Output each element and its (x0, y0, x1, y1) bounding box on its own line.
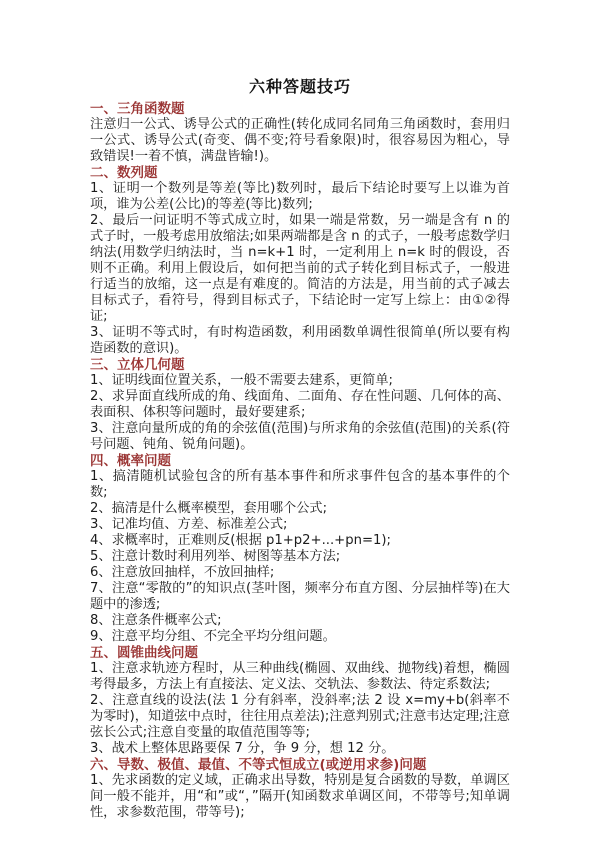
section-heading: 五、圆锥曲线问题 (90, 645, 510, 661)
section-heading: 三、立体几何题 (90, 357, 510, 373)
paragraph: 7、注意“零散的”的知识点(茎叶图，频率分布直方图、分层抽样等)在大题中的渗透; (90, 581, 510, 613)
paragraph: 1、先求函数的定义域，正确求出导数，特别是复合函数的导数，单调区间一般不能并，用… (90, 773, 510, 821)
paragraph: 1、证明一个数列是等差(等比)数列时，最后下结论时要写上以谁为首项，谁为公差(公… (90, 181, 510, 213)
page-title: 六种答题技巧 (90, 76, 510, 98)
paragraph: 6、注意放回抽样，不放回抽样; (90, 565, 510, 581)
paragraph: 1、证明线面位置关系，一般不需要去建系，更简单; (90, 373, 510, 389)
paragraph: 3、证明不等式时，有时构造函数，利用函数单调性很简单(所以要有构造函数的意识)。 (90, 325, 510, 357)
paragraph: 8、注意条件概率公式; (90, 613, 510, 629)
paragraph: 3、记准均值、方差、标准差公式; (90, 517, 510, 533)
paragraph: 4、求概率时，正难则反(根据 p1+p2+...+pn=1); (90, 533, 510, 549)
paragraph: 2、搞清是什么概率模型，套用哪个公式; (90, 501, 510, 517)
paragraph: 9、注意平均分组、不完全平均分组问题。 (90, 629, 510, 645)
paragraph: 2、最后一问证明不等式成立时，如果一端是常数，另一端是含有 n 的式子时，一般考… (90, 213, 510, 325)
paragraph: 注意归一公式、诱导公式的正确性(转化成同名同角三角函数时，套用归一公式、诱导公式… (90, 117, 510, 165)
paragraph: 3、战术上整体思路要保 7 分，争 9 分，想 12 分。 (90, 741, 510, 757)
paragraph: 3、注意向量所成的角的余弦值(范围)与所求角的余弦值(范围)的关系(符号问题、钝… (90, 421, 510, 453)
paragraph: 1、注意求轨迹方程时，从三种曲线(椭圆、双曲线、抛物线)着想，椭圆考得最多，方法… (90, 661, 510, 693)
paragraph: 1、搞清随机试验包含的所有基本事件和所求事件包含的基本事件的个数; (90, 469, 510, 501)
section-heading: 四、概率问题 (90, 453, 510, 469)
section-heading: 一、三角函数题 (90, 101, 510, 117)
paragraph: 5、注意计数时利用列举、树图等基本方法; (90, 549, 510, 565)
paragraph: 2、注意直线的设法(法 1 分有斜率，没斜率;法 2 设 x=my+b(斜率不为… (90, 693, 510, 741)
document-body: 一、三角函数题注意归一公式、诱导公式的正确性(转化成同名同角三角函数时，套用归一… (90, 101, 510, 821)
section-heading: 六、导数、极值、最值、不等式恒成立(或逆用求参)问题 (90, 757, 510, 773)
section-heading: 二、数列题 (90, 165, 510, 181)
paragraph: 2、求异面直线所成的角、线面角、二面角、存在性问题、几何体的高、表面积、体积等问… (90, 389, 510, 421)
document-page: 六种答题技巧 一、三角函数题注意归一公式、诱导公式的正确性(转化成同名同角三角函… (0, 0, 595, 842)
